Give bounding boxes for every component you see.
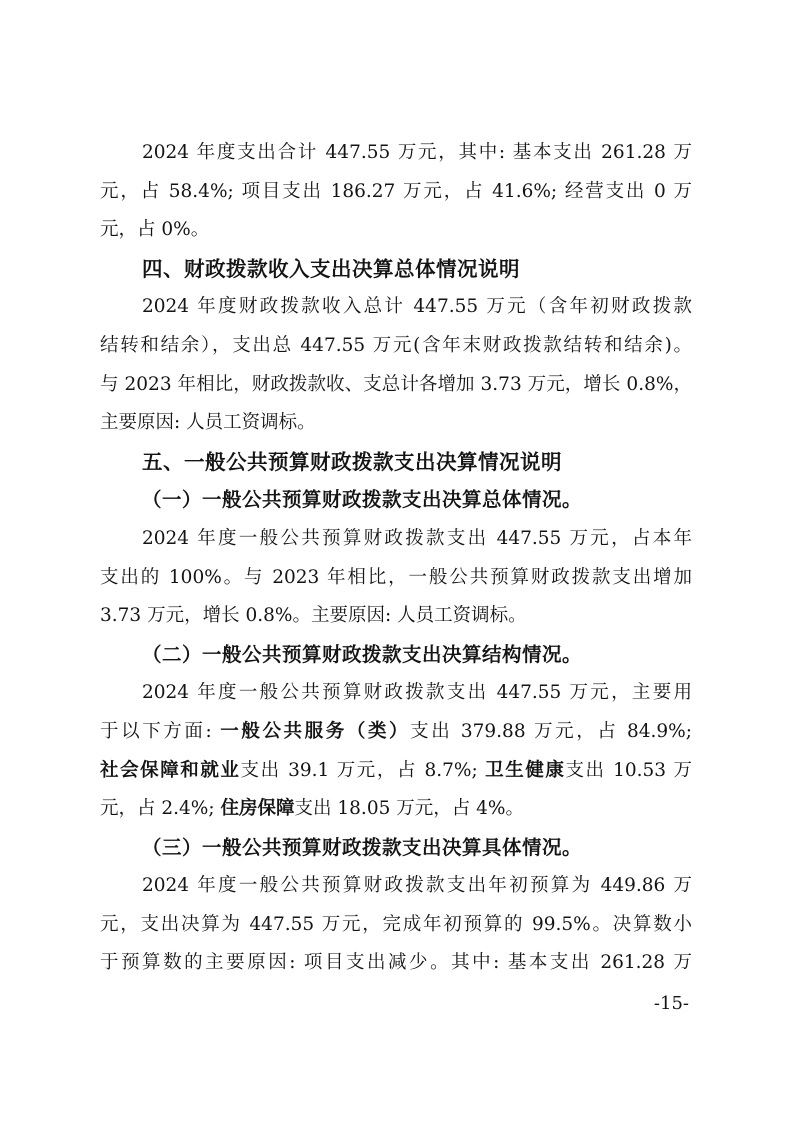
text-segment: 于预算数的主要原因: 项目支出减少。其中: 基本支出 261.28 万 (100, 952, 692, 973)
subheading-line: （三）一般公共预算财政拨款支出决算具体情况。 (100, 829, 692, 868)
text-segment: 支出 39.1 万元，占 8.7%; (241, 760, 486, 781)
bold-text-segment: 社会保障和就业 (100, 760, 241, 781)
text-line: 元，占 2.4%; 住房保障支出 18.05 万元，占 4%。 (100, 790, 692, 829)
text-line: 主要原因: 人员工资调标。 (100, 404, 692, 443)
text-segment: 2024 年度一般公共预算财政拨款支出 447.55 万元，占本年 (142, 528, 692, 549)
subheading-line: （一）一般公共预算财政拨款支出决算总体情况。 (100, 481, 692, 520)
text-segment: 与 2023 年相比，财政拨款收、支总计各增加 3.73 万元，增长 0.8%， (100, 374, 692, 395)
text-segment: 2024 年度一般公共预算财政拨款支出年初预算为 449.86 万 (142, 875, 692, 896)
bold-text-segment: 住房保障 (221, 798, 295, 819)
text-segment: 元，占 58.4%; 项目支出 186.27 万元，占 41.6%; 经营支出 … (100, 181, 692, 202)
text-segment: 3.73 万元，增长 0.8%。主要原因: 人员工资调标。 (100, 605, 527, 626)
heading-line: 四、财政拨款收入支出决算总体情况说明 (100, 250, 692, 289)
document-page: 2024 年度支出合计 447.55 万元，其中: 基本支出 261.28 万元… (0, 0, 793, 1122)
text-segment: 支出的 100%。与 2023 年相比，一般公共预算财政拨款支出增加 (100, 567, 692, 588)
text-line: 元，支出决算为 447.55 万元，完成年初预算的 99.5%。决算数小 (100, 906, 692, 945)
text-segment: 元，支出决算为 447.55 万元，完成年初预算的 99.5%。决算数小 (100, 914, 692, 935)
text-segment: 结转和结余），支出总 447.55 万元(含年末财政拨款结转和结余)。 (100, 335, 692, 356)
text-segment: 支出 10.53 万 (565, 760, 692, 781)
text-segment: 2024 年度财政拨款收入总计 447.55 万元（含年初财政拨款 (142, 296, 692, 317)
text-line: 2024 年度财政拨款收入总计 447.55 万元（含年初财政拨款 (100, 288, 692, 327)
heading-line: 五、一般公共预算财政拨款支出决算情况说明 (100, 443, 692, 482)
text-line: 社会保障和就业支出 39.1 万元，占 8.7%; 卫生健康支出 10.53 万 (100, 752, 692, 791)
text-line: 于以下方面: 一般公共服务（类）支出 379.88 万元，占 84.9%; (100, 713, 692, 752)
text-line: 2024 年度支出合计 447.55 万元，其中: 基本支出 261.28 万 (100, 134, 692, 173)
subheading-line: （二）一般公共预算财政拨款支出决算结构情况。 (100, 636, 692, 675)
text-line: 与 2023 年相比，财政拨款收、支总计各增加 3.73 万元，增长 0.8%， (100, 366, 692, 405)
bold-text-segment: 卫生健康 (485, 760, 565, 781)
text-segment: 支出 379.88 万元，占 84.9%; (410, 721, 692, 742)
text-segment: 元，占 0%。 (100, 219, 209, 240)
text-line: 支出的 100%。与 2023 年相比，一般公共预算财政拨款支出增加 (100, 559, 692, 598)
text-line: 于预算数的主要原因: 项目支出减少。其中: 基本支出 261.28 万 (100, 944, 692, 983)
bold-text-segment: 五、一般公共预算财政拨款支出决算情况说明 (142, 450, 562, 474)
text-line: 2024 年度一般公共预算财政拨款支出 447.55 万元，主要用 (100, 674, 692, 713)
bold-text-segment: 一般公共服务（类） (220, 721, 410, 742)
text-segment: 支出 18.05 万元，占 4%。 (295, 798, 524, 819)
bold-text-segment: （三）一般公共预算财政拨款支出决算具体情况。 (142, 836, 582, 859)
text-line: 元，占 58.4%; 项目支出 186.27 万元，占 41.6%; 经营支出 … (100, 173, 692, 212)
document-body: 2024 年度支出合计 447.55 万元，其中: 基本支出 261.28 万元… (100, 134, 692, 983)
text-line: 结转和结余），支出总 447.55 万元(含年末财政拨款结转和结余)。 (100, 327, 692, 366)
bold-text-segment: （一）一般公共预算财政拨款支出决算总体情况。 (142, 488, 582, 511)
text-segment: 主要原因: 人员工资调标。 (100, 412, 316, 433)
text-segment: 元，占 2.4%; (100, 798, 221, 819)
page-number: -15- (654, 993, 689, 1015)
text-line: 2024 年度一般公共预算财政拨款支出 447.55 万元，占本年 (100, 520, 692, 559)
bold-text-segment: （二）一般公共预算财政拨款支出决算结构情况。 (142, 643, 582, 666)
text-line: 2024 年度一般公共预算财政拨款支出年初预算为 449.86 万 (100, 867, 692, 906)
text-segment: 2024 年度支出合计 447.55 万元，其中: 基本支出 261.28 万 (142, 142, 692, 163)
bold-text-segment: 四、财政拨款收入支出决算总体情况说明 (142, 257, 520, 281)
text-segment: 于以下方面: (100, 721, 220, 742)
text-line: 元，占 0%。 (100, 211, 692, 250)
text-line: 3.73 万元，增长 0.8%。主要原因: 人员工资调标。 (100, 597, 692, 636)
text-segment: 2024 年度一般公共预算财政拨款支出 447.55 万元，主要用 (142, 682, 692, 703)
